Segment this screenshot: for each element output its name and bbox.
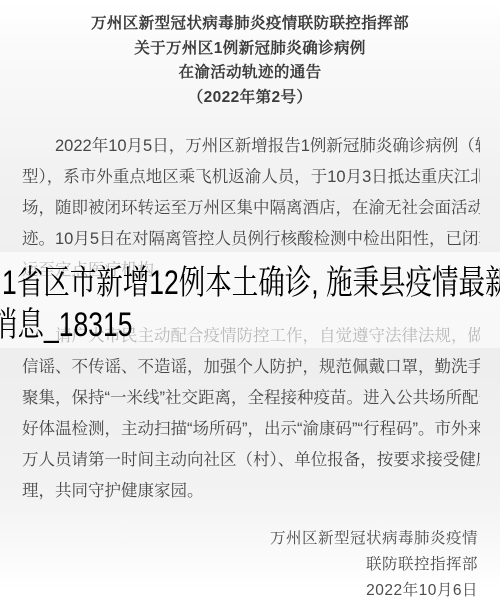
notice-title-line-3: 在渝活动轨迹的通告 xyxy=(0,61,500,86)
paragraph2-line-5: 万人员请第一时间主动向社区（村）、单位报备，按要求接受健康管 xyxy=(22,445,480,476)
notice-title: 万州区新型冠状病毒肺炎疫情联防联控指挥部 关于万州区1例新冠肺炎确诊病例 在渝活… xyxy=(0,12,500,110)
paragraph2-line-3: 聚集，保持“一米线”社交距离，全程接种疫苗。进入公共场所配合做 xyxy=(22,383,480,414)
paragraph2-line-2: 信谣、不传谣、不造谣，加强个人防护，规范佩戴口罩，勤洗手，少 xyxy=(22,352,480,383)
signature-date: 2022年10月6日 xyxy=(270,578,478,604)
paragraph1-line-3: 场，随即被闭环转运至万州区集中隔离酒店，在渝无社会面活动轨 xyxy=(22,193,480,224)
paragraph2-line-6: 理，共同守护健康家园。 xyxy=(22,476,480,507)
headline-overlay-line-1: 1省区市新增12例本土确诊, 施秉县疫情最新 xyxy=(2,262,500,304)
paragraph2-line-4: 好体温检测，主动扫描“场所码”，出示“渝康码”“行程码”。市外来万返 xyxy=(22,414,480,445)
paragraph1-line-1: 2022年10月5日，万州区新增报告1例新冠肺炎确诊病例（轻 xyxy=(22,131,480,162)
signature-issuer-line-2: 联防联控指挥部 xyxy=(270,552,478,578)
headline-overlay-line-2: 消息_18315 xyxy=(0,304,132,346)
paragraph1-line-2: 型），系市外重点地区乘飞机返渝人员，于10月3日抵达重庆江北机 xyxy=(22,162,480,193)
notice-title-line-1: 万州区新型冠状病毒肺炎疫情联防联控指挥部 xyxy=(0,12,500,37)
notice-signature: 万州区新型冠状病毒肺炎疫情 联防联控指挥部 2022年10月6日 xyxy=(270,526,478,604)
notice-title-line-2: 关于万州区1例新冠肺炎确诊病例 xyxy=(0,37,500,62)
signature-issuer-line-1: 万州区新型冠状病毒肺炎疫情 xyxy=(270,526,478,552)
paragraph1-line-4: 迹。10月5日在对隔离管控人员例行核酸检测中检出阳性，已闭环转 xyxy=(22,224,480,255)
notice-paragraph-2: 请广大市民主动配合疫情防控工作，自觉遵守法律法规，做到不 信谣、不传谣、不造谣，… xyxy=(22,321,480,507)
notice-title-line-4: （2022年第2号） xyxy=(0,86,500,111)
